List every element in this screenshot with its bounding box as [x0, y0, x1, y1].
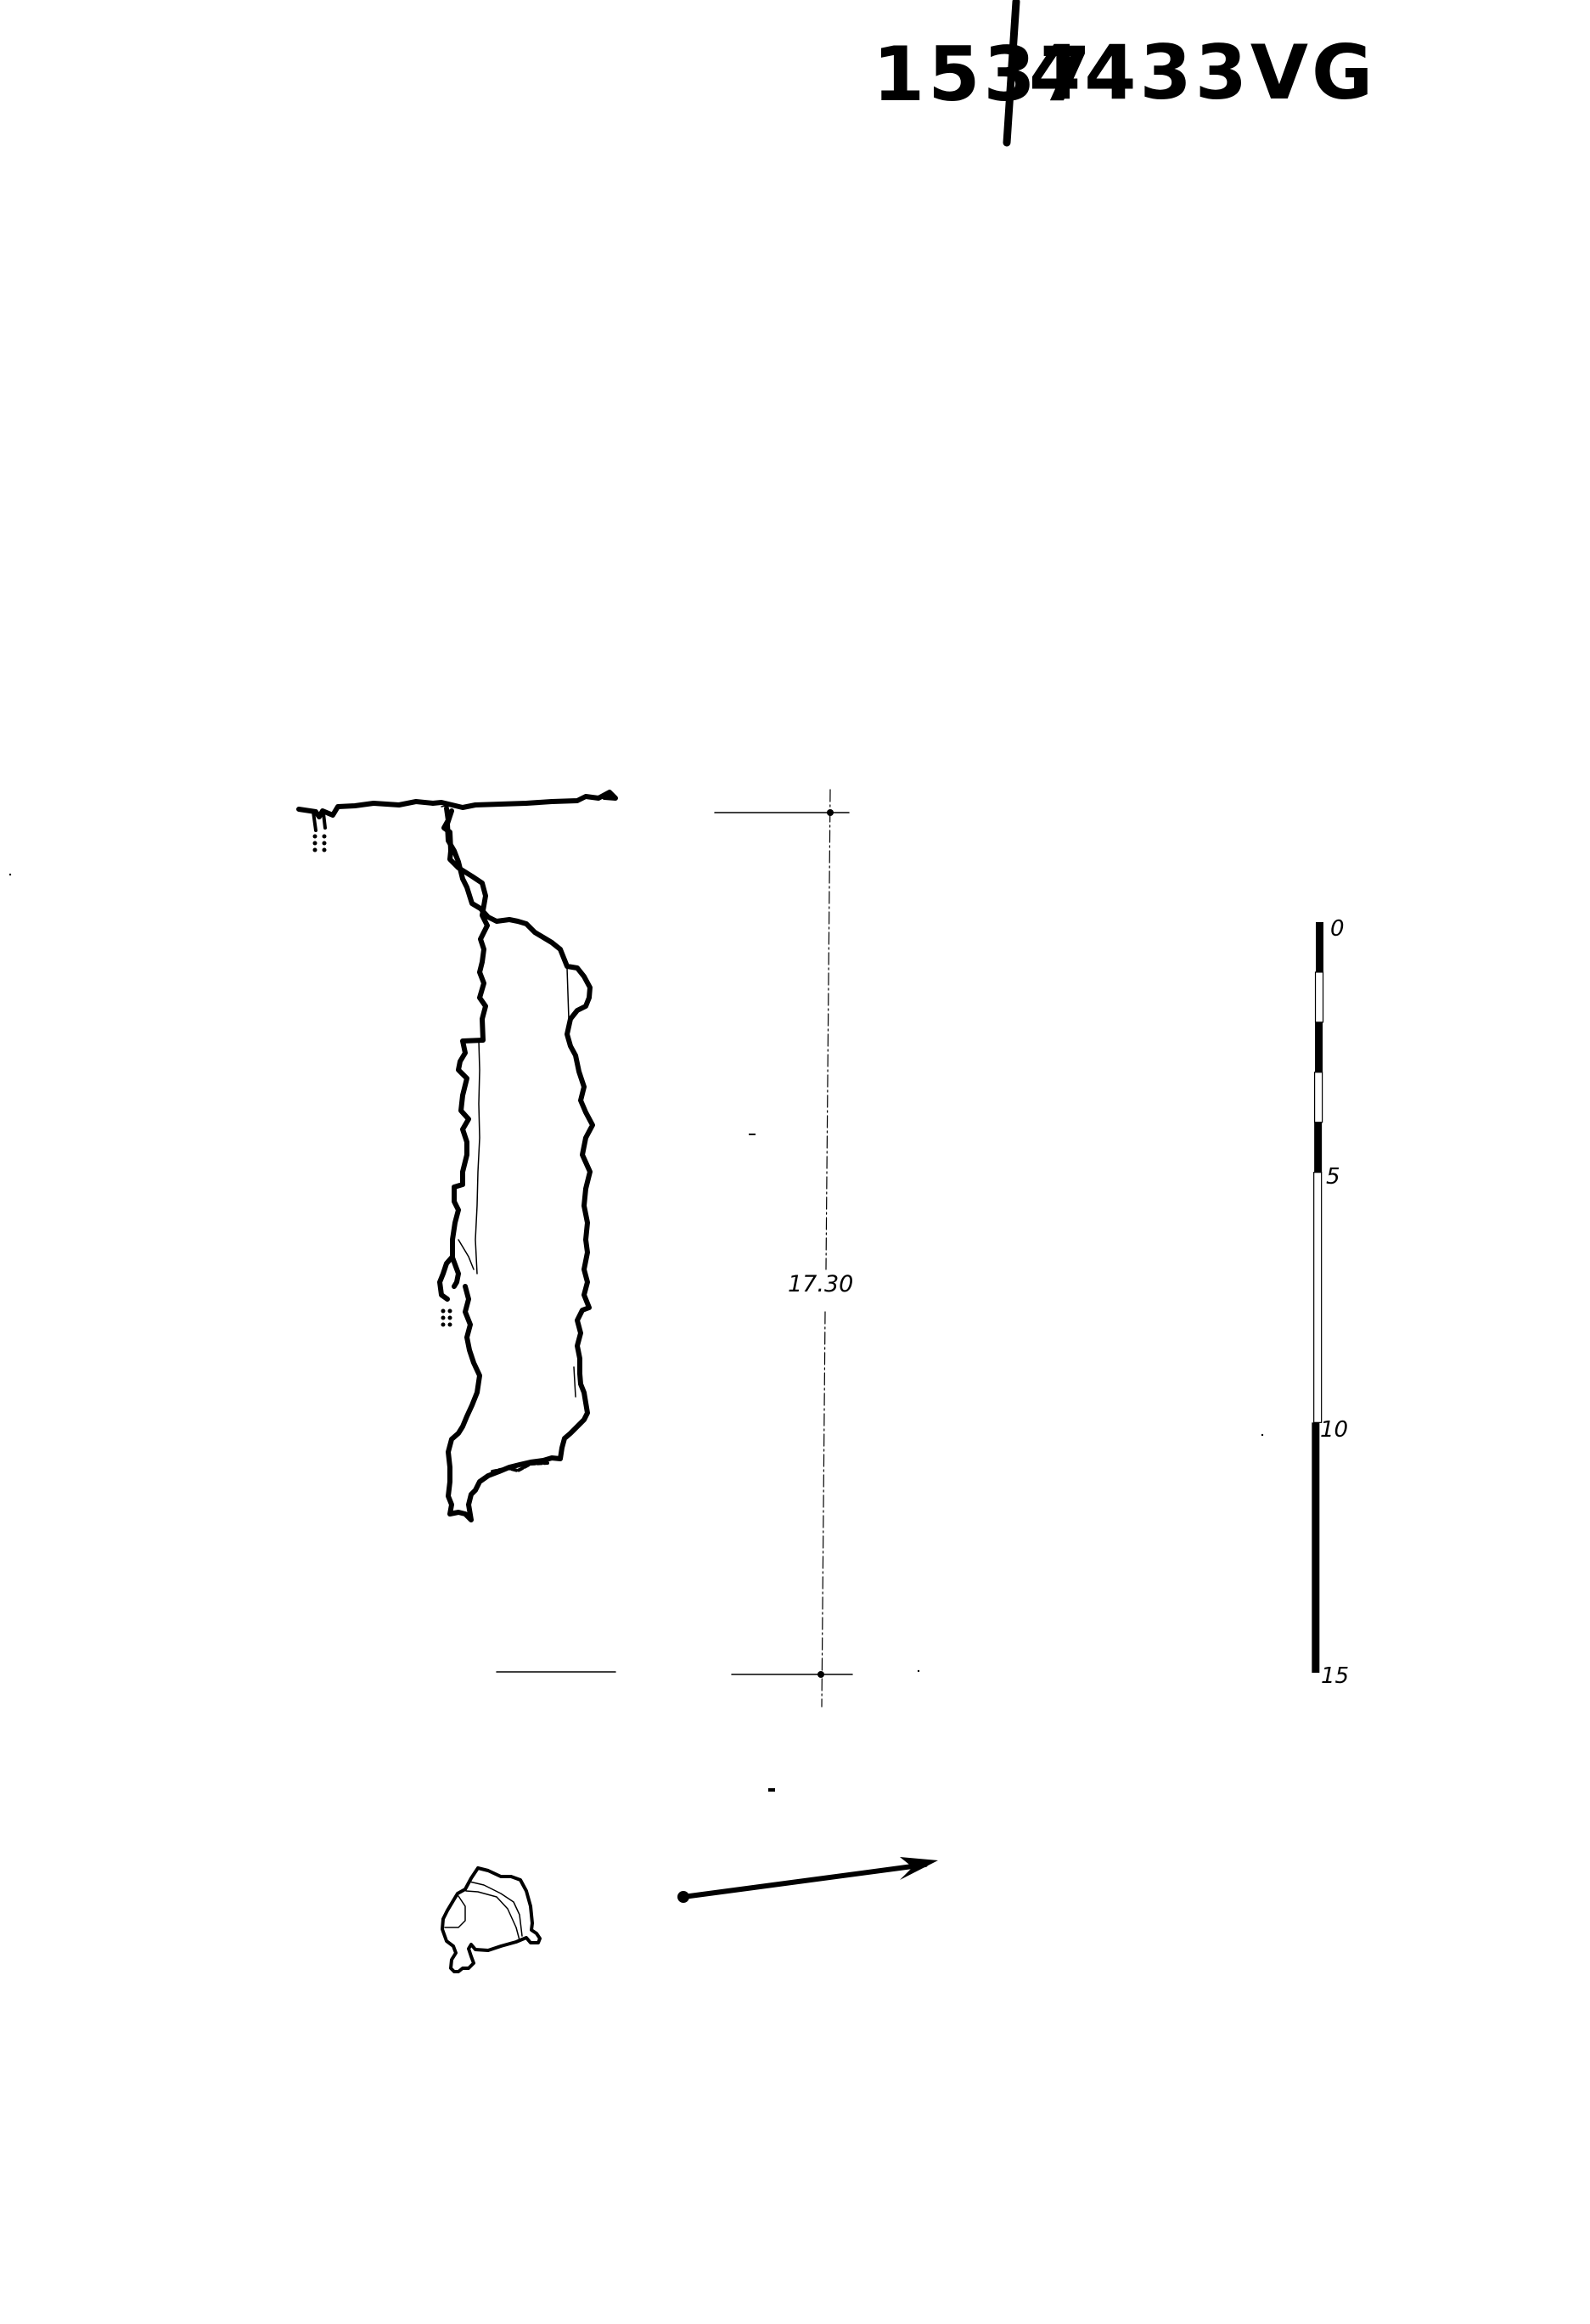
drip-dots [313, 835, 327, 853]
ground-surface-line [299, 792, 615, 817]
scale-label-5: 5 [1326, 1164, 1340, 1190]
dimension-line-lower [822, 1312, 825, 1707]
scan-specks [9, 874, 1263, 1792]
north-arrow-icon [677, 1857, 938, 1903]
catalog-number-right: 4433VG [1029, 29, 1376, 116]
scale-bar-segment [1315, 1022, 1323, 1072]
scale-label-15: 15 [1321, 1663, 1349, 1689]
entrance-plan-view [442, 1868, 540, 1972]
catalog-divider [1007, 2, 1016, 143]
scale-bar: 0 5 10 15 [1312, 916, 1349, 1689]
cave-left-wall-lower [447, 811, 593, 1520]
scale-bar-segment [1316, 972, 1323, 1022]
inner-pocket-line-lower [574, 1367, 576, 1397]
depth-dimension: 17.30 [715, 790, 853, 1707]
scale-label-0: 0 [1330, 916, 1345, 942]
dimension-bottom-point [817, 1671, 824, 1678]
scale-bar-segment [1316, 922, 1323, 972]
plan-outline [442, 1868, 540, 1972]
cave-section-drawing [299, 792, 615, 1520]
depth-dimension-label: 17.30 [788, 1271, 853, 1297]
plan-contour-1 [469, 1882, 522, 1936]
scale-bar-segment [1314, 1123, 1322, 1173]
dimension-line-upper [826, 790, 830, 1269]
dimension-top-point [827, 809, 834, 816]
drip-dots-lower [441, 1309, 452, 1327]
catalog-number: 1537 4433VG [873, 2, 1376, 143]
scale-label-10: 10 [1320, 1417, 1348, 1443]
scale-bar-segment [1315, 1072, 1323, 1123]
scale-bar-segment [1312, 1422, 1319, 1673]
inner-pocket-line [567, 968, 569, 1019]
inner-wall-line [475, 1041, 480, 1274]
inner-ledge-line [458, 1240, 474, 1269]
plan-contour-2 [466, 1891, 520, 1940]
scale-bar-segments [1312, 922, 1323, 1673]
scale-bar-segment [1314, 1173, 1322, 1423]
survey-sheet: 1537 4433VG [0, 0, 1590, 2324]
